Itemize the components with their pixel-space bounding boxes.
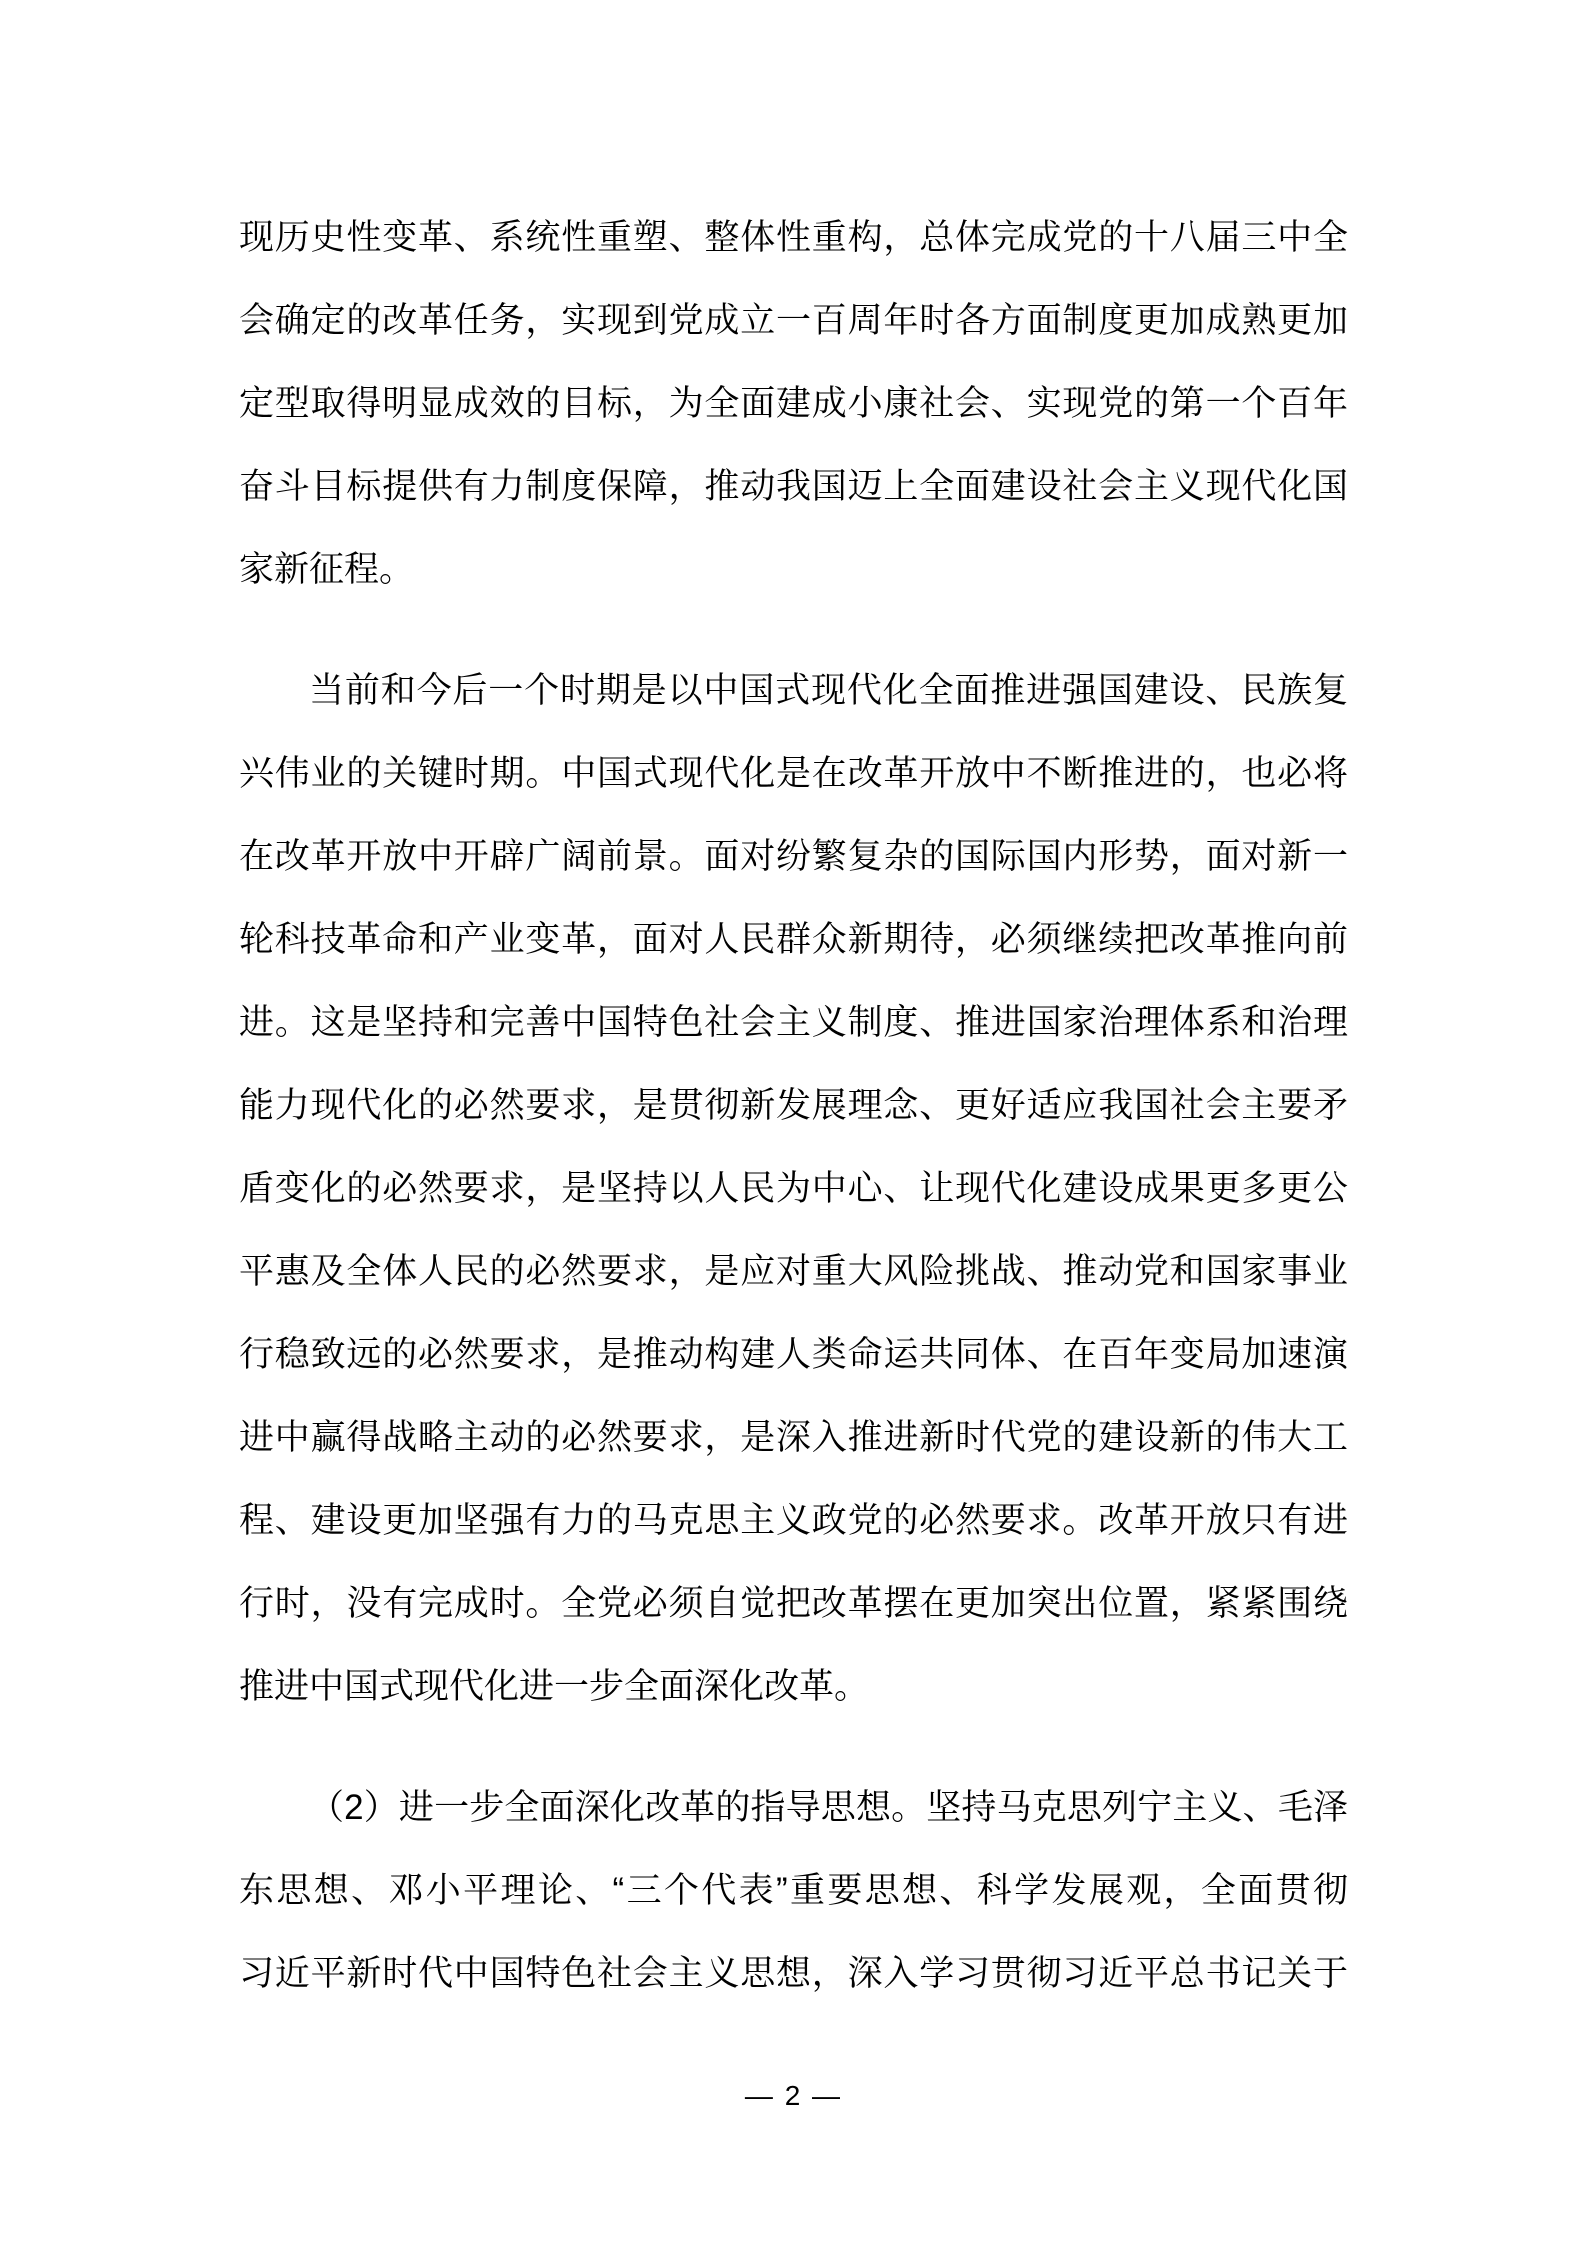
paragraph-3: （2）进一步全面深化改革的指导思想。坚持马克思列宁主义、毛泽 东思想、邓小平理论… (239, 1766, 1348, 2015)
text-line: 东思想、邓小平理论、“三个代表”重要思想、科学发展观，全面贯彻 (239, 1849, 1348, 1932)
text-line: 能力现代化的必然要求，是贯彻新发展理念、更好适应我国社会主要矛 (239, 1064, 1348, 1147)
text-line: 轮科技革命和产业变革，面对人民群众新期待，必须继续把改革推向前 (239, 898, 1348, 981)
text-line: 习近平新时代中国特色社会主义思想，深入学习贯彻习近平总书记关于 (239, 1932, 1348, 2015)
text-line: 会确定的改革任务，实现到党成立一百周年时各方面制度更加成熟更加 (239, 279, 1348, 362)
text-line: 当前和今后一个时期是以中国式现代化全面推进强国建设、民族复 (239, 649, 1348, 732)
text-line: 定型取得明显成效的目标，为全面建成小康社会、实现党的第一个百年 (239, 362, 1348, 445)
text-line: 进。这是坚持和完善中国特色社会主义制度、推进国家治理体系和治理 (239, 981, 1348, 1064)
text-line: 推进中国式现代化进一步全面深化改革。 (239, 1645, 1348, 1728)
text-line: 进中赢得战略主动的必然要求，是深入推进新时代党的建设新的伟大工 (239, 1396, 1348, 1479)
document-page: 现历史性变革、系统性重塑、整体性重构，总体完成党的十八届三中全 会确定的改革任务… (0, 0, 1587, 2245)
text-line: 程、建设更加坚强有力的马克思主义政党的必然要求。改革开放只有进 (239, 1479, 1348, 1562)
text-line: （2）进一步全面深化改革的指导思想。坚持马克思列宁主义、毛泽 (239, 1766, 1348, 1849)
paragraph-1: 现历史性变革、系统性重塑、整体性重构，总体完成党的十八届三中全 会确定的改革任务… (239, 196, 1348, 611)
text-line: 盾变化的必然要求，是坚持以人民为中心、让现代化建设成果更多更公 (239, 1147, 1348, 1230)
page-content: 现历史性变革、系统性重塑、整体性重构，总体完成党的十八届三中全 会确定的改革任务… (239, 196, 1348, 2015)
text-line: 兴伟业的关键时期。中国式现代化是在改革开放中不断推进的，也必将 (239, 732, 1348, 815)
paragraph-2: 当前和今后一个时期是以中国式现代化全面推进强国建设、民族复 兴伟业的关键时期。中… (239, 649, 1348, 1728)
text-line: 行时，没有完成时。全党必须自觉把改革摆在更加突出位置，紧紧围绕 (239, 1562, 1348, 1645)
text-line: 现历史性变革、系统性重塑、整体性重构，总体完成党的十八届三中全 (239, 196, 1348, 279)
page-number: — 2 — (745, 2080, 842, 2111)
text-line: 奋斗目标提供有力制度保障，推动我国迈上全面建设社会主义现代化国 (239, 445, 1348, 528)
text-line: 在改革开放中开辟广阔前景。面对纷繁复杂的国际国内形势，面对新一 (239, 815, 1348, 898)
text-line: 家新征程。 (239, 528, 1348, 611)
text-line: 平惠及全体人民的必然要求，是应对重大风险挑战、推动党和国家事业 (239, 1230, 1348, 1313)
page-footer: — 2 — (0, 2080, 1587, 2112)
text-line: 行稳致远的必然要求，是推动构建人类命运共同体、在百年变局加速演 (239, 1313, 1348, 1396)
